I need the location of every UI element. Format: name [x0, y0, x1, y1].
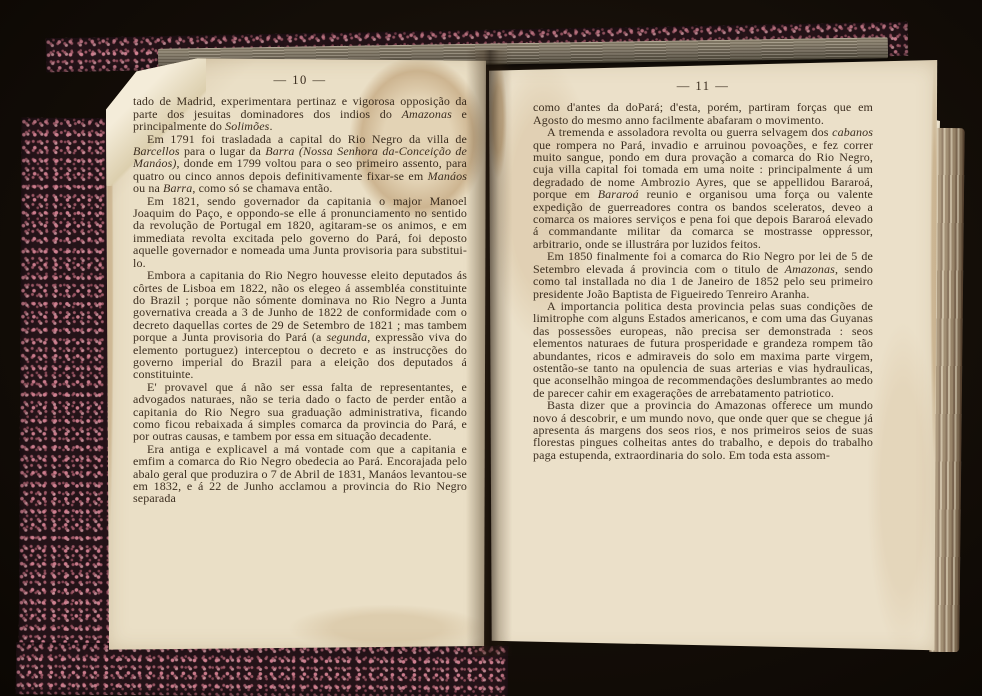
paragraph: E' provavel que á não ser essa falta de … [133, 381, 467, 443]
page-right-text: — 11 — como d'antes da doPará; d'esta, p… [533, 80, 873, 461]
paragraph: A importancia politica desta provincia p… [533, 300, 873, 399]
page-right: — 11 — como d'antes da doPará; d'esta, p… [489, 60, 939, 655]
paragraph: Basta dizer que a provincia do Amazonas … [533, 399, 873, 461]
page-left-paragraphs: tado de Madrid, experimentara pertinaz e… [133, 95, 467, 504]
text-run: E' provavel que á não ser essa falta de … [133, 380, 467, 444]
text-run: , donde em 1799 voltou para o seo primei… [133, 156, 467, 182]
italic-text-run: Manáos [428, 169, 467, 183]
paragraph: tado de Madrid, experimentara pertinaz e… [133, 95, 467, 132]
text-run: Basta dizer que a provincia do Amazonas … [533, 398, 873, 462]
paragraph: como d'antes da doPará; d'esta, porém, p… [533, 101, 873, 126]
page-number: — 10 — [133, 74, 467, 86]
marbled-cover-bottom-board [16, 642, 508, 696]
italic-text-run: Amazonas [402, 107, 452, 121]
text-run: Era antiga e explicavel a má vontade com… [133, 442, 467, 506]
page-left-text: — 10 — tado de Madrid, experimentara per… [133, 74, 467, 505]
paragraph: A tremenda e assoladora revolta ou guerr… [533, 126, 873, 250]
paragraph: Em 1821, sendo governador da capitania o… [133, 195, 467, 269]
text-run: como d'antes da doPará; d'esta, porém, p… [533, 100, 873, 126]
marbled-cover-left-board [18, 118, 117, 692]
paragraph: Embora a capitania do Rio Negro houvesse… [133, 269, 467, 381]
page-number: — 11 — [533, 80, 873, 92]
page-right-paragraphs: como d'antes da doPará; d'esta, porém, p… [533, 101, 873, 461]
paragraph: Era antiga e explicavel a má vontade com… [133, 443, 467, 505]
text-run: A importancia politica desta provincia p… [533, 299, 873, 400]
text-run: Em 1821, sendo governador da capitania o… [133, 194, 467, 270]
paragraph: Em 1791 foi trasladada a capital do Rio … [133, 133, 467, 195]
paragraph: Em 1850 finalmente foi a comarca do Rio … [533, 250, 873, 300]
book-photo-scene: — 10 — tado de Madrid, experimentara per… [0, 0, 982, 696]
page-left: — 10 — tado de Madrid, experimentara per… [106, 56, 486, 652]
